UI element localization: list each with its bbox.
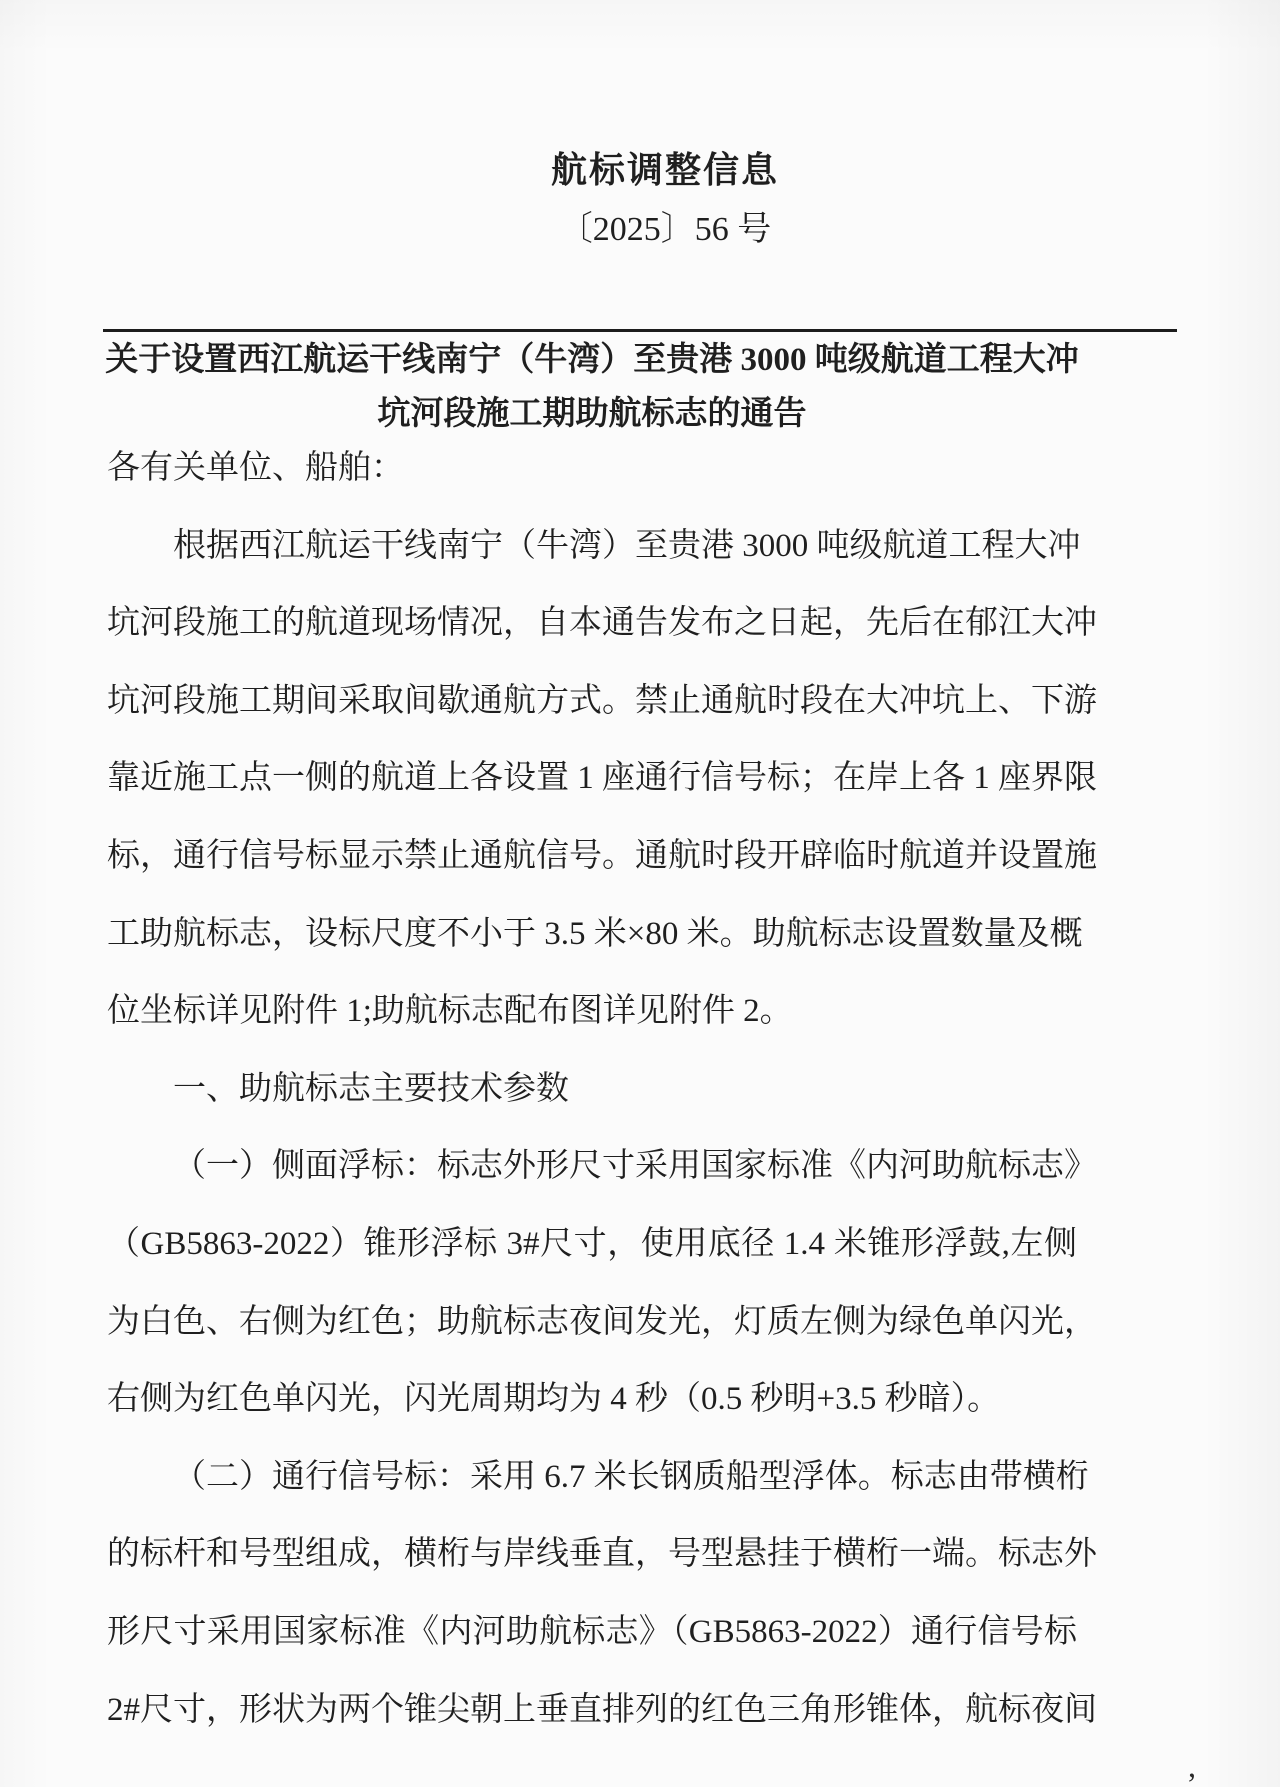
body-line: 为白色、右侧为红色；助航标志夜间发光，灯质左侧为绿色单闪光，: [107, 1284, 1077, 1362]
notice-heading: 关于设置西江航运干线南宁（牛湾）至贵港 3000 吨级航道工程大冲 坑河段施工期…: [105, 333, 1079, 441]
divider-line: [103, 329, 1177, 332]
body-line: 形尺寸采用国家标准《内河助航标志》（GB5863-2022）通行信号标: [107, 1594, 1077, 1672]
body-line: 靠近施工点一侧的航道上各设置 1 座通行信号标；在岸上各 1 座界限: [107, 740, 1077, 818]
document-number: 〔2025〕56 号: [25, 200, 1280, 260]
document-page: 航标调整信息 〔2025〕56 号 关于设置西江航运干线南宁（牛湾）至贵港 30…: [0, 0, 1280, 1787]
body-line: 2#尺寸，形状为两个锥尖朝上垂直排列的红色三角形锥体，航标夜间: [107, 1672, 1077, 1750]
page-title: 航标调整信息: [25, 140, 1280, 200]
scan-artifact-mark: ,: [1188, 1748, 1196, 1785]
body-line: 位坐标详见附件 1;助航标志配布图详见附件 2。: [107, 973, 1077, 1051]
body-line: （GB5863-2022）锥形浮标 3#尺寸，使用底径 1.4 米锥形浮鼓,左侧: [107, 1206, 1077, 1284]
salutation-line: 各有关单位、船舶：: [107, 430, 1077, 508]
body-line: （一）侧面浮标：标志外形尺寸采用国家标准《内河助航标志》: [107, 1128, 1077, 1206]
body-line: 工助航标志，设标尺度不小于 3.5 米×80 米。助航标志设置数量及概: [107, 896, 1077, 974]
body-line: （二）通行信号标：采用 6.7 米长钢质船型浮体。标志由带横桁: [107, 1439, 1077, 1517]
body-line: 标，通行信号标显示禁止通航信号。通航时段开辟临时航道并设置施: [107, 818, 1077, 896]
body-line: 坑河段施工的航道现场情况，自本通告发布之日起，先后在郁江大冲: [107, 585, 1077, 663]
body-text: 各有关单位、船舶： 根据西江航运干线南宁（牛湾）至贵港 3000 吨级航道工程大…: [107, 430, 1077, 1749]
body-line: 的标杆和号型组成，横桁与岸线垂直，号型悬挂于横桁一端。标志外: [107, 1516, 1077, 1594]
body-line: 根据西江航运干线南宁（牛湾）至贵港 3000 吨级航道工程大冲: [107, 508, 1077, 586]
section-heading-line: 一、助航标志主要技术参数: [107, 1051, 1077, 1129]
notice-heading-line-1: 关于设置西江航运干线南宁（牛湾）至贵港 3000 吨级航道工程大冲: [105, 333, 1079, 387]
body-line: 坑河段施工期间采取间歇通航方式。禁止通航时段在大冲坑上、下游: [107, 663, 1077, 741]
body-line: 右侧为红色单闪光，闪光周期均为 4 秒（0.5 秒明+3.5 秒暗）。: [107, 1361, 1077, 1439]
